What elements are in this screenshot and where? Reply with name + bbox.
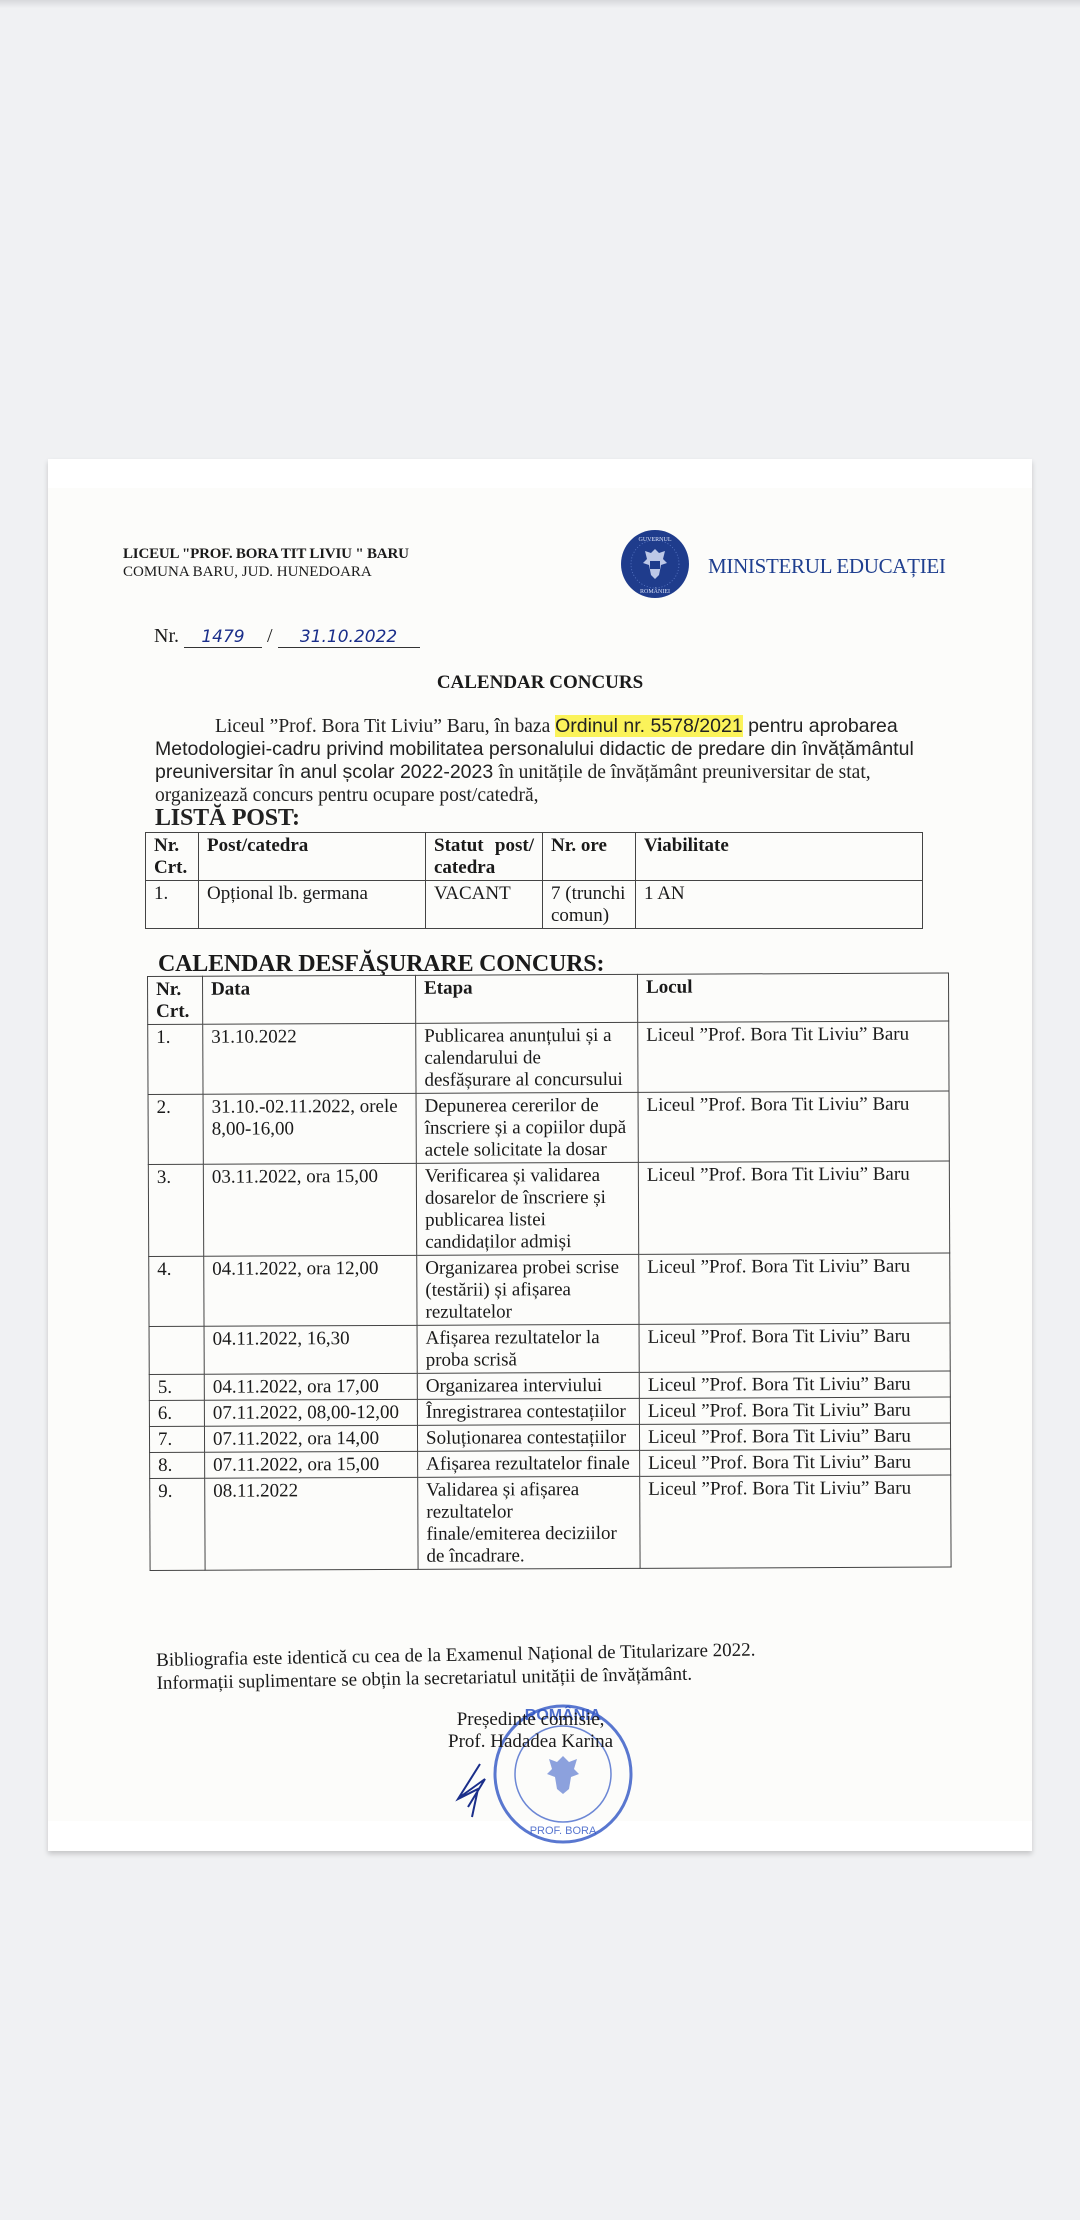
cell: 8. (150, 1452, 205, 1478)
table-row: 1. Opțional lb. germana VACANT 7 (trunch… (146, 881, 923, 929)
cell: 7. (149, 1426, 204, 1452)
col-post: Post/catedra (199, 833, 426, 881)
table-row: 5.04.11.2022, ora 17,00Organizarea inter… (149, 1371, 950, 1400)
signature-block: Președinte comisie, Prof. Hadadea Karina (448, 1709, 613, 1753)
signature-name: Prof. Hadadea Karina (448, 1731, 613, 1753)
cell: Opțional lb. germana (199, 881, 426, 929)
cell: 7 (trunchi comun) (543, 881, 636, 929)
cell: 1. (146, 881, 199, 929)
cell: 07.11.2022, 08,00-12,00 (204, 1399, 417, 1426)
table-row: 7.07.11.2022, ora 14,00Soluționarea cont… (149, 1423, 950, 1452)
cell: Liceul ”Prof. Bora Tit Liviu” Baru (639, 1323, 950, 1372)
cell: Validarea și afișarea rezultatelor final… (418, 1476, 640, 1569)
col-nr: Nr. Crt. (148, 976, 203, 1024)
document-page: LICEUL "PROF. BORA TIT LIVIU " BARU COMU… (48, 459, 1032, 1851)
cell: Afișarea rezultatelor la proba scrisă (417, 1324, 639, 1373)
col-viabilitate: Viabilitate (636, 833, 923, 881)
table-row: 4.04.11.2022, ora 12,00Organizarea probe… (149, 1253, 950, 1326)
svg-text:ROMÂNIEI: ROMÂNIEI (640, 587, 670, 595)
registration-separator: / (267, 625, 273, 647)
cell: 1 AN (636, 881, 923, 929)
col-statut: Statut post/ catedra (426, 833, 543, 881)
cell: VACANT (426, 881, 543, 929)
table-row: 9.08.11.2022Validarea și afișarea rezult… (150, 1475, 951, 1570)
table-row: 1.31.10.2022Publicarea anunțului și a ca… (148, 1021, 949, 1094)
cell (149, 1326, 204, 1374)
cell: 04.11.2022, 16,30 (204, 1325, 417, 1374)
cell: 03.11.2022, ora 15,00 (203, 1163, 416, 1256)
cell: Publicarea anunțului și a calendarului d… (416, 1022, 638, 1093)
col-nr-ore: Nr. ore (543, 833, 636, 881)
cell: Soluționarea contestațiilor (417, 1424, 639, 1451)
cell: Organizarea probei scrise (testării) și … (417, 1254, 639, 1325)
col-nr: Nr. Crt. (146, 833, 199, 881)
signature-role: Președinte comisie, (448, 1709, 613, 1731)
document-title: CALENDAR CONCURS (48, 672, 1032, 694)
cell: 9. (150, 1478, 205, 1570)
cell: 1. (148, 1024, 203, 1094)
cell: Liceul ”Prof. Bora Tit Liviu” Baru (640, 1449, 951, 1476)
cell: Liceul ”Prof. Bora Tit Liviu” Baru (639, 1371, 950, 1398)
cell: 4. (149, 1256, 204, 1326)
school-address: COMUNA BARU, JUD. HUNEDOARA (123, 563, 409, 581)
cell: 04.11.2022, ora 12,00 (204, 1255, 417, 1326)
cell: 6. (149, 1400, 204, 1426)
cell: 07.11.2022, ora 15,00 (205, 1451, 418, 1478)
col-etapa: Etapa (415, 974, 637, 1023)
registration-number: Nr. 1479 / 31.10.2022 (154, 625, 420, 648)
registration-number-value: 1479 (184, 627, 262, 648)
table-row: 04.11.2022, 16,30Afișarea rezultatelor l… (149, 1323, 950, 1374)
cell: Liceul ”Prof. Bora Tit Liviu” Baru (638, 1091, 949, 1162)
intro-paragraph: Liceul ”Prof. Bora Tit Liviu” Baru, în b… (155, 715, 955, 830)
calendar-table: Nr. Crt. Data Etapa Locul 1.31.10.2022Pu… (147, 973, 952, 1571)
table-row: 2.31.10.-02.11.2022, orele 8,00-16,00Dep… (148, 1091, 949, 1164)
cell: 31.10.2022 (203, 1023, 416, 1094)
registration-label: Nr. (154, 625, 179, 647)
top-shadow (0, 0, 1080, 8)
cell: Liceul ”Prof. Bora Tit Liviu” Baru (640, 1475, 951, 1568)
intro-highlight-order: Ordinul nr. 5578/2021 (555, 715, 743, 737)
school-name: LICEUL "PROF. BORA TIT LIVIU " BARU (123, 545, 409, 563)
handwritten-signature-icon (450, 1759, 500, 1819)
post-list-heading: LISTĂ POST: (155, 807, 955, 830)
ministry-name: MINISTERUL EDUCAȚIEI (708, 554, 946, 579)
cell: Afișarea rezultatelor finale (418, 1450, 640, 1477)
svg-text:GUVERNUL: GUVERNUL (639, 537, 672, 543)
table-row: 6.07.11.2022, 08,00-12,00Înregistrarea c… (149, 1397, 950, 1426)
post-list-header-row: Nr. Crt. Post/catedra Statut post/ cated… (146, 833, 923, 881)
svg-text:PROF. BORA: PROF. BORA (530, 1825, 597, 1837)
school-header: LICEUL "PROF. BORA TIT LIVIU " BARU COMU… (123, 545, 409, 581)
col-data: Data (203, 975, 416, 1024)
cell: Verificarea și validarea dosarelor de în… (416, 1162, 638, 1255)
cell: 08.11.2022 (205, 1477, 418, 1570)
cell: Liceul ”Prof. Bora Tit Liviu” Baru (639, 1253, 950, 1324)
cell: 2. (148, 1094, 203, 1164)
cell: Liceul ”Prof. Bora Tit Liviu” Baru (639, 1423, 950, 1450)
government-seal-icon: GUVERNUL ROMÂNIEI (620, 529, 690, 599)
calendar-header-row: Nr. Crt. Data Etapa Locul (148, 973, 949, 1024)
cell: 31.10.-02.11.2022, orele 8,00-16,00 (203, 1093, 416, 1164)
cell: Liceul ”Prof. Bora Tit Liviu” Baru (638, 1021, 949, 1092)
intro-part1: Liceul ”Prof. Bora Tit Liviu” Baru, în b… (215, 716, 555, 737)
table-row: 8.07.11.2022, ora 15,00Afișarea rezultat… (150, 1449, 951, 1478)
cell: Organizarea interviului (417, 1372, 639, 1399)
table-row: 3.03.11.2022, ora 15,00Verificarea și va… (148, 1161, 949, 1256)
cell: Înregistrarea contestațiilor (417, 1398, 639, 1425)
cell: Liceul ”Prof. Bora Tit Liviu” Baru (639, 1397, 950, 1424)
registration-date: 31.10.2022 (278, 627, 420, 648)
col-locul: Locul (637, 973, 948, 1022)
cell: 5. (149, 1374, 204, 1400)
cell: 04.11.2022, ora 17,00 (204, 1373, 417, 1400)
cell: 07.11.2022, ora 14,00 (204, 1425, 417, 1452)
cell: Depunerea cererilor de înscriere și a co… (416, 1092, 638, 1163)
cell: Liceul ”Prof. Bora Tit Liviu” Baru (638, 1161, 949, 1254)
post-list-table: Nr. Crt. Post/catedra Statut post/ cated… (145, 832, 923, 929)
cell: 3. (148, 1164, 203, 1256)
